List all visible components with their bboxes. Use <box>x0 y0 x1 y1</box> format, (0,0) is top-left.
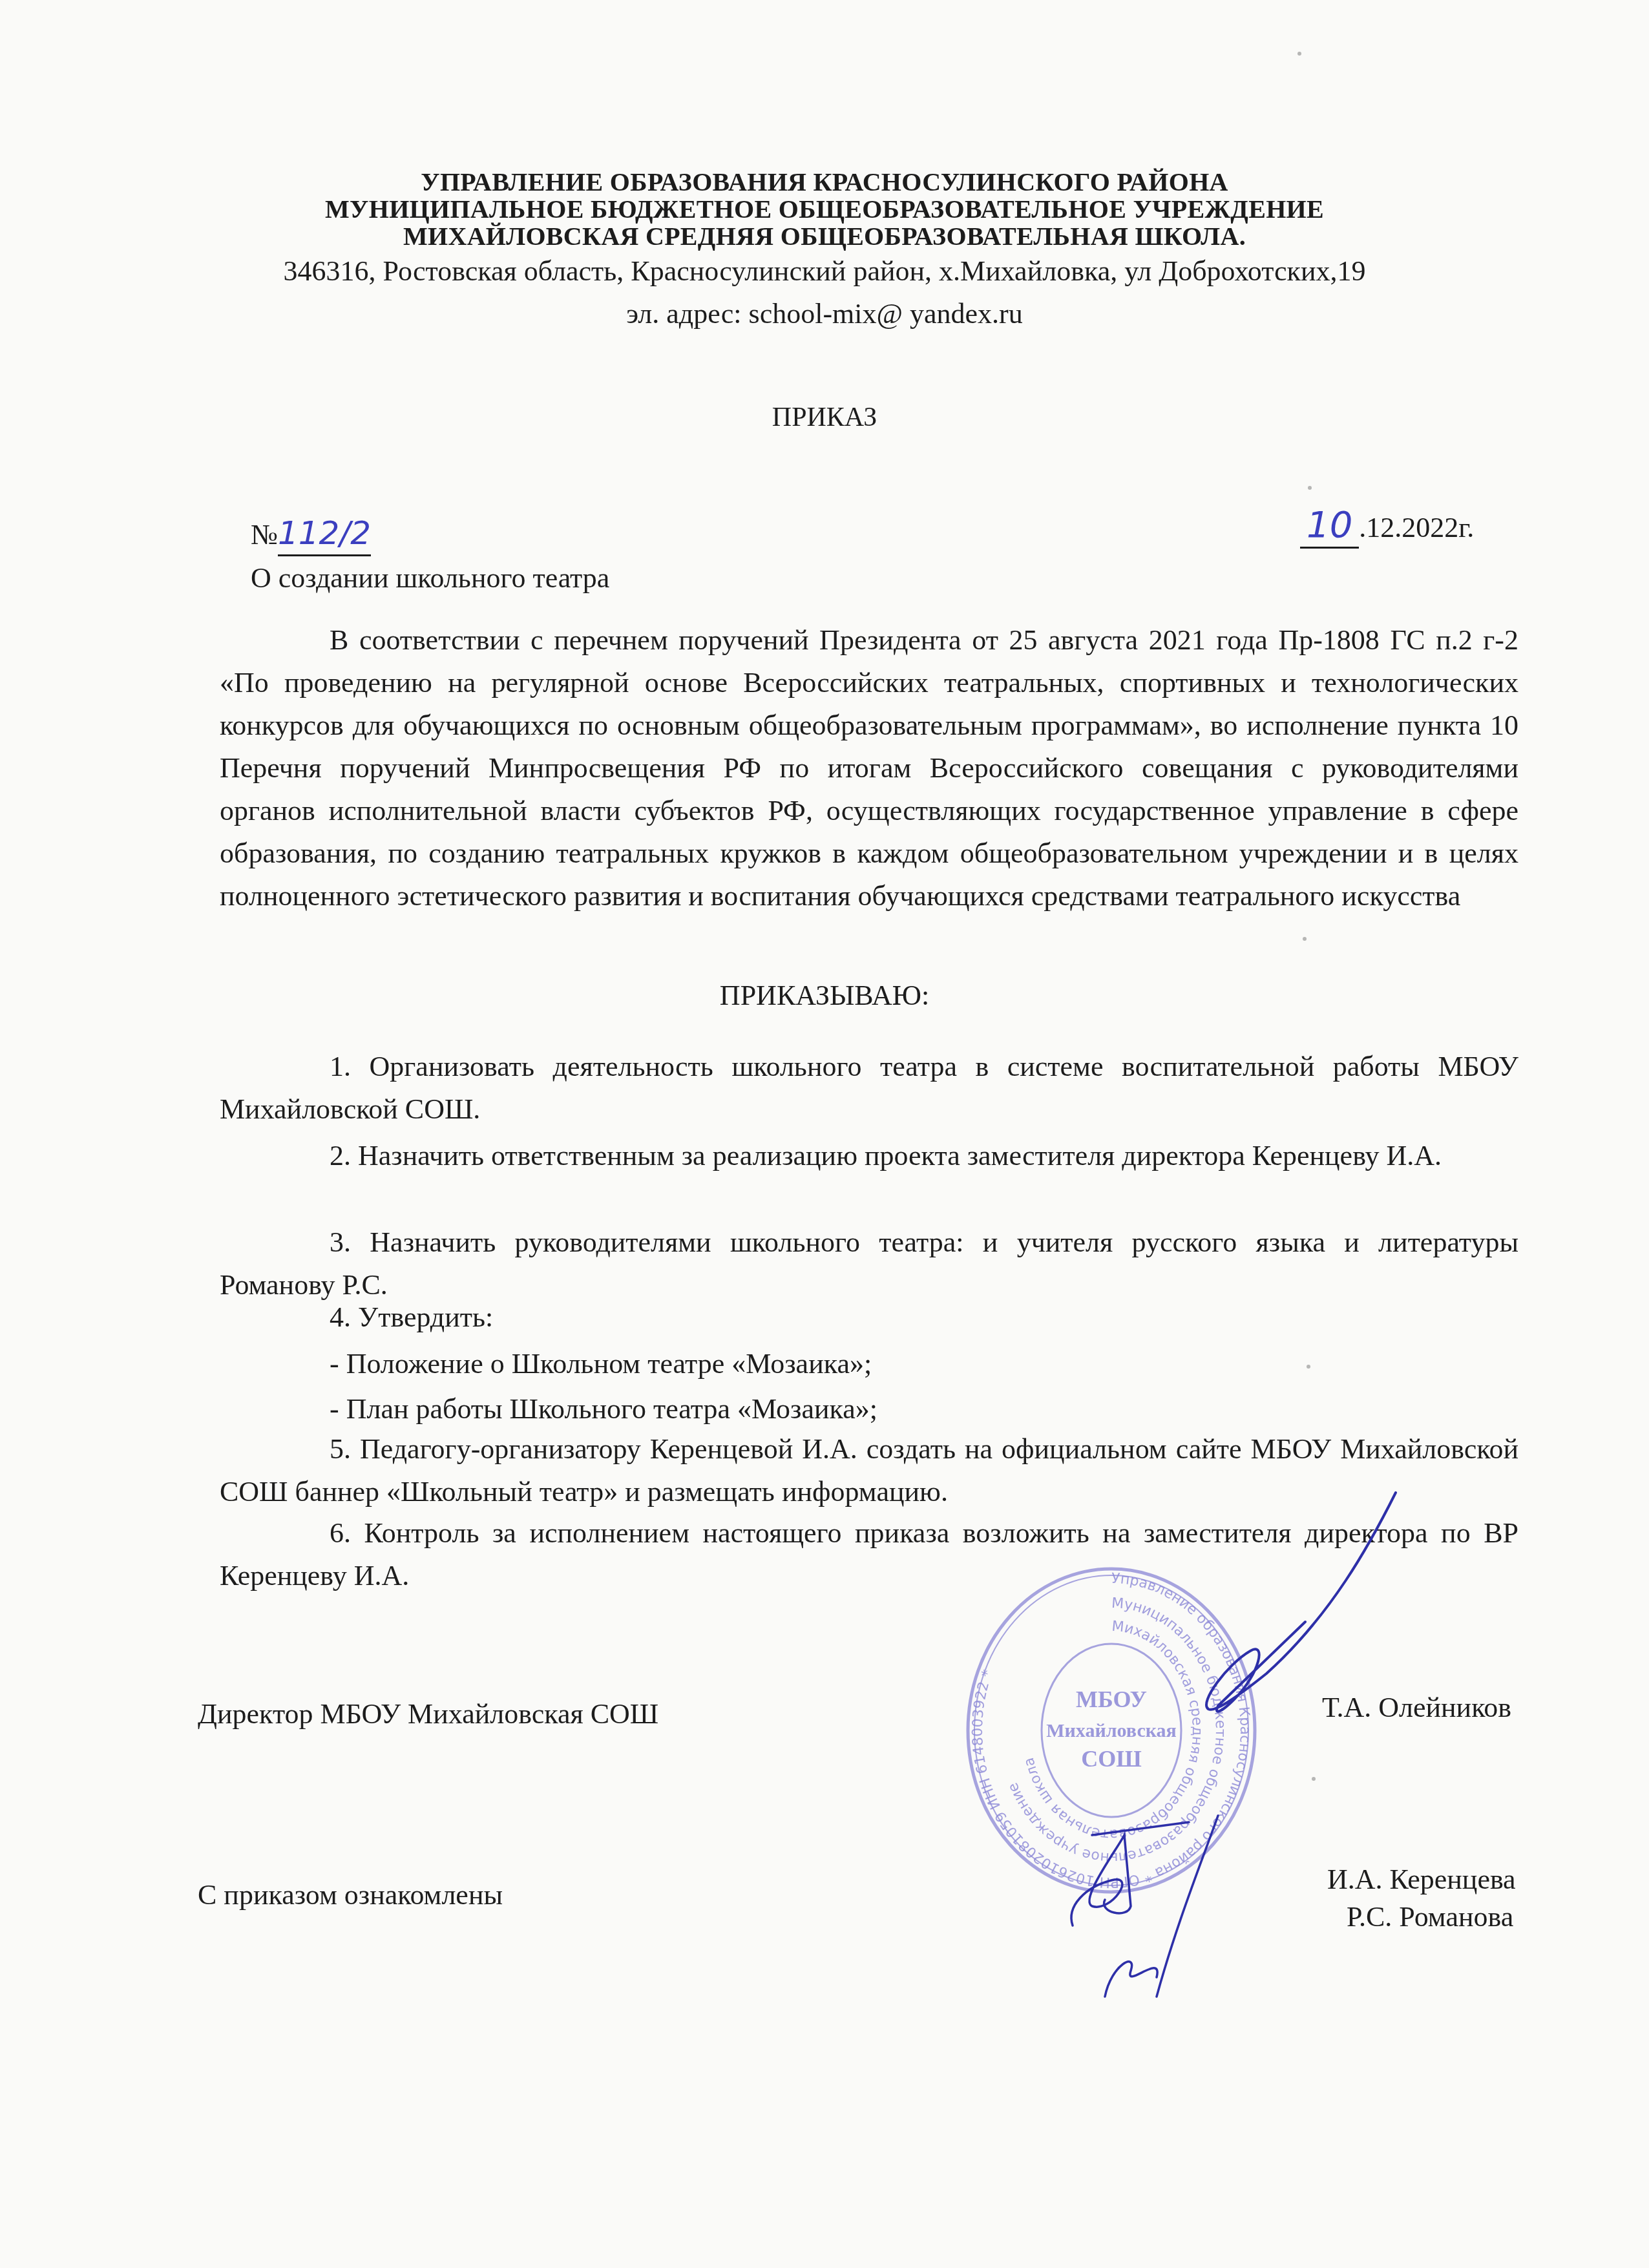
acquainted-label: С приказом ознакомлены <box>198 1874 503 1916</box>
header-school-name: МИХАЙЛОВСКАЯ СРЕДНЯЯ ОБЩЕОБРАЗОВАТЕЛЬНАЯ… <box>0 221 1649 252</box>
page-title: ПРИКАЗ <box>0 402 1649 433</box>
order-date: 10.12.2022г. <box>1300 504 1474 549</box>
order-item-4-sub-2: - План работы Школьного театра «Мозаика»… <box>220 1388 1518 1431</box>
order-day-handwritten: 10 <box>1300 504 1359 549</box>
header-address: 346316, Ростовская область, Красносулинс… <box>0 255 1649 288</box>
order-subject: О создании школьного театра <box>251 557 609 600</box>
order-number-handwritten: 112/2 <box>278 512 371 556</box>
scan-speck <box>1312 1777 1316 1781</box>
acquainted-name-2: Р.С. Романова <box>1347 1896 1513 1938</box>
scan-speck <box>1303 937 1307 941</box>
acquaintance-signatures <box>1060 1809 1228 2003</box>
directive-heading: ПРИКАЗЫВАЮ: <box>0 974 1649 1017</box>
order-number: №112/2 <box>251 512 371 556</box>
order-item-4-sub-1: - Положение о Школьном театре «Мозаика»; <box>220 1343 1518 1385</box>
header-institution: МУНИЦИПАЛЬНОЕ БЮДЖЕТНОЕ ОБЩЕОБРАЗОВАТЕЛЬ… <box>0 194 1649 225</box>
order-item-4: 4. Утвердить: <box>220 1296 1518 1339</box>
order-item-1: 1. Организовать деятельность школьного т… <box>220 1045 1518 1131</box>
header-email: эл. адрес: school-mix@ yandex.ru <box>0 297 1649 331</box>
number-prefix: № <box>251 519 278 551</box>
header-department: УПРАВЛЕНИЕ ОБРАЗОВАНИЯ КРАСНОСУЛИНСКОГО … <box>0 167 1649 198</box>
order-item-3: 3. Назначить руководителями школьного те… <box>220 1221 1518 1307</box>
scan-speck <box>1307 1365 1310 1369</box>
scan-speck <box>1297 52 1301 56</box>
director-title: Директор МБОУ Михайловская СОШ <box>198 1693 658 1736</box>
stamp-center-line-3: СОШ <box>1081 1746 1142 1772</box>
order-item-2: 2. Назначить ответственным за реализацию… <box>220 1135 1518 1177</box>
preamble-paragraph: В соответствии с перечнем поручений През… <box>220 619 1518 918</box>
stamp-center-line-1: МБОУ <box>1076 1686 1147 1712</box>
order-date-suffix: .12.2022г. <box>1359 512 1474 543</box>
scan-speck <box>1308 486 1312 490</box>
director-name: Т.А. Олейников <box>1322 1686 1511 1729</box>
scanned-document-page: УПРАВЛЕНИЕ ОБРАЗОВАНИЯ КРАСНОСУЛИНСКОГО … <box>0 0 1649 2268</box>
acquainted-name-1: И.А. Керенцева <box>1327 1858 1516 1901</box>
